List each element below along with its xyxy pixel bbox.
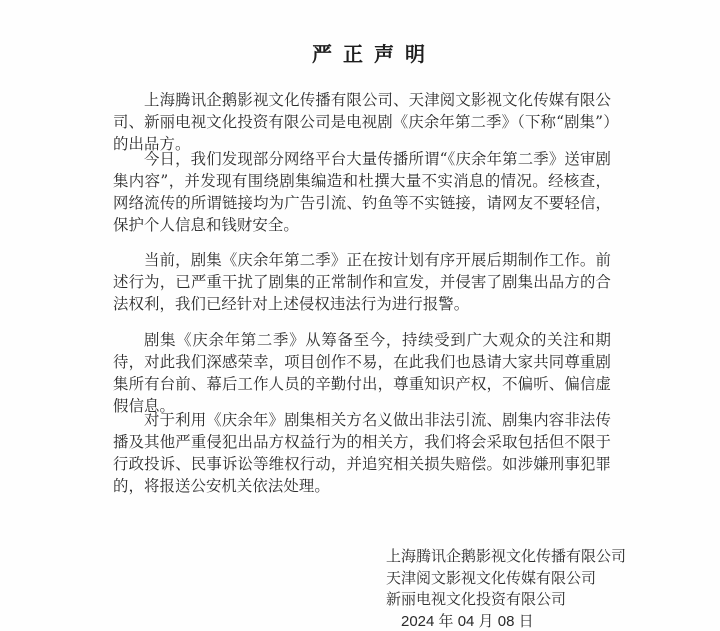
signatory-newclassics: 新丽电视文化投资有限公司 xyxy=(386,589,626,611)
statement-page: 严正声明 上海腾讯企鹅影视文化传播有限公司、天津阅文影视文化传媒有限公司、新丽电… xyxy=(0,0,720,631)
paragraph-leak-warning: 今日，我们发现部分网络平台大量传播所谓“《庆余年第二季》送审剧集内容”，并发现有… xyxy=(113,148,611,236)
document-title: 严正声明 xyxy=(0,40,720,68)
paragraph-production-status: 当前，剧集《庆余年第二季》正在按计划有序开展后期制作工作。前述行为，已严重干扰了… xyxy=(113,249,611,315)
paragraph-producers: 上海腾讯企鹅影视文化传播有限公司、天津阅文影视文化传媒有限公司、新丽电视文化投资… xyxy=(113,89,611,155)
paragraph-appeal: 剧集《庆余年第二季》从筹备至今，持续受到广大观众的关注和期待，对此我们深感荣幸，… xyxy=(113,329,611,417)
signatory-tencent-penguin: 上海腾讯企鹅影视文化传播有限公司 xyxy=(386,546,626,568)
signatory-tianjin-yuewen: 天津阅文影视文化传媒有限公司 xyxy=(386,568,626,590)
paragraph-legal-action: 对于利用《庆余年》剧集相关方名义做出非法引流、剧集内容非法传播及其他严重侵犯出品… xyxy=(113,409,611,497)
signature-block: 上海腾讯企鹅影视文化传播有限公司 天津阅文影视文化传媒有限公司 新丽电视文化投资… xyxy=(386,546,626,631)
statement-date: 2024 年 04 月 08 日 xyxy=(386,611,626,631)
